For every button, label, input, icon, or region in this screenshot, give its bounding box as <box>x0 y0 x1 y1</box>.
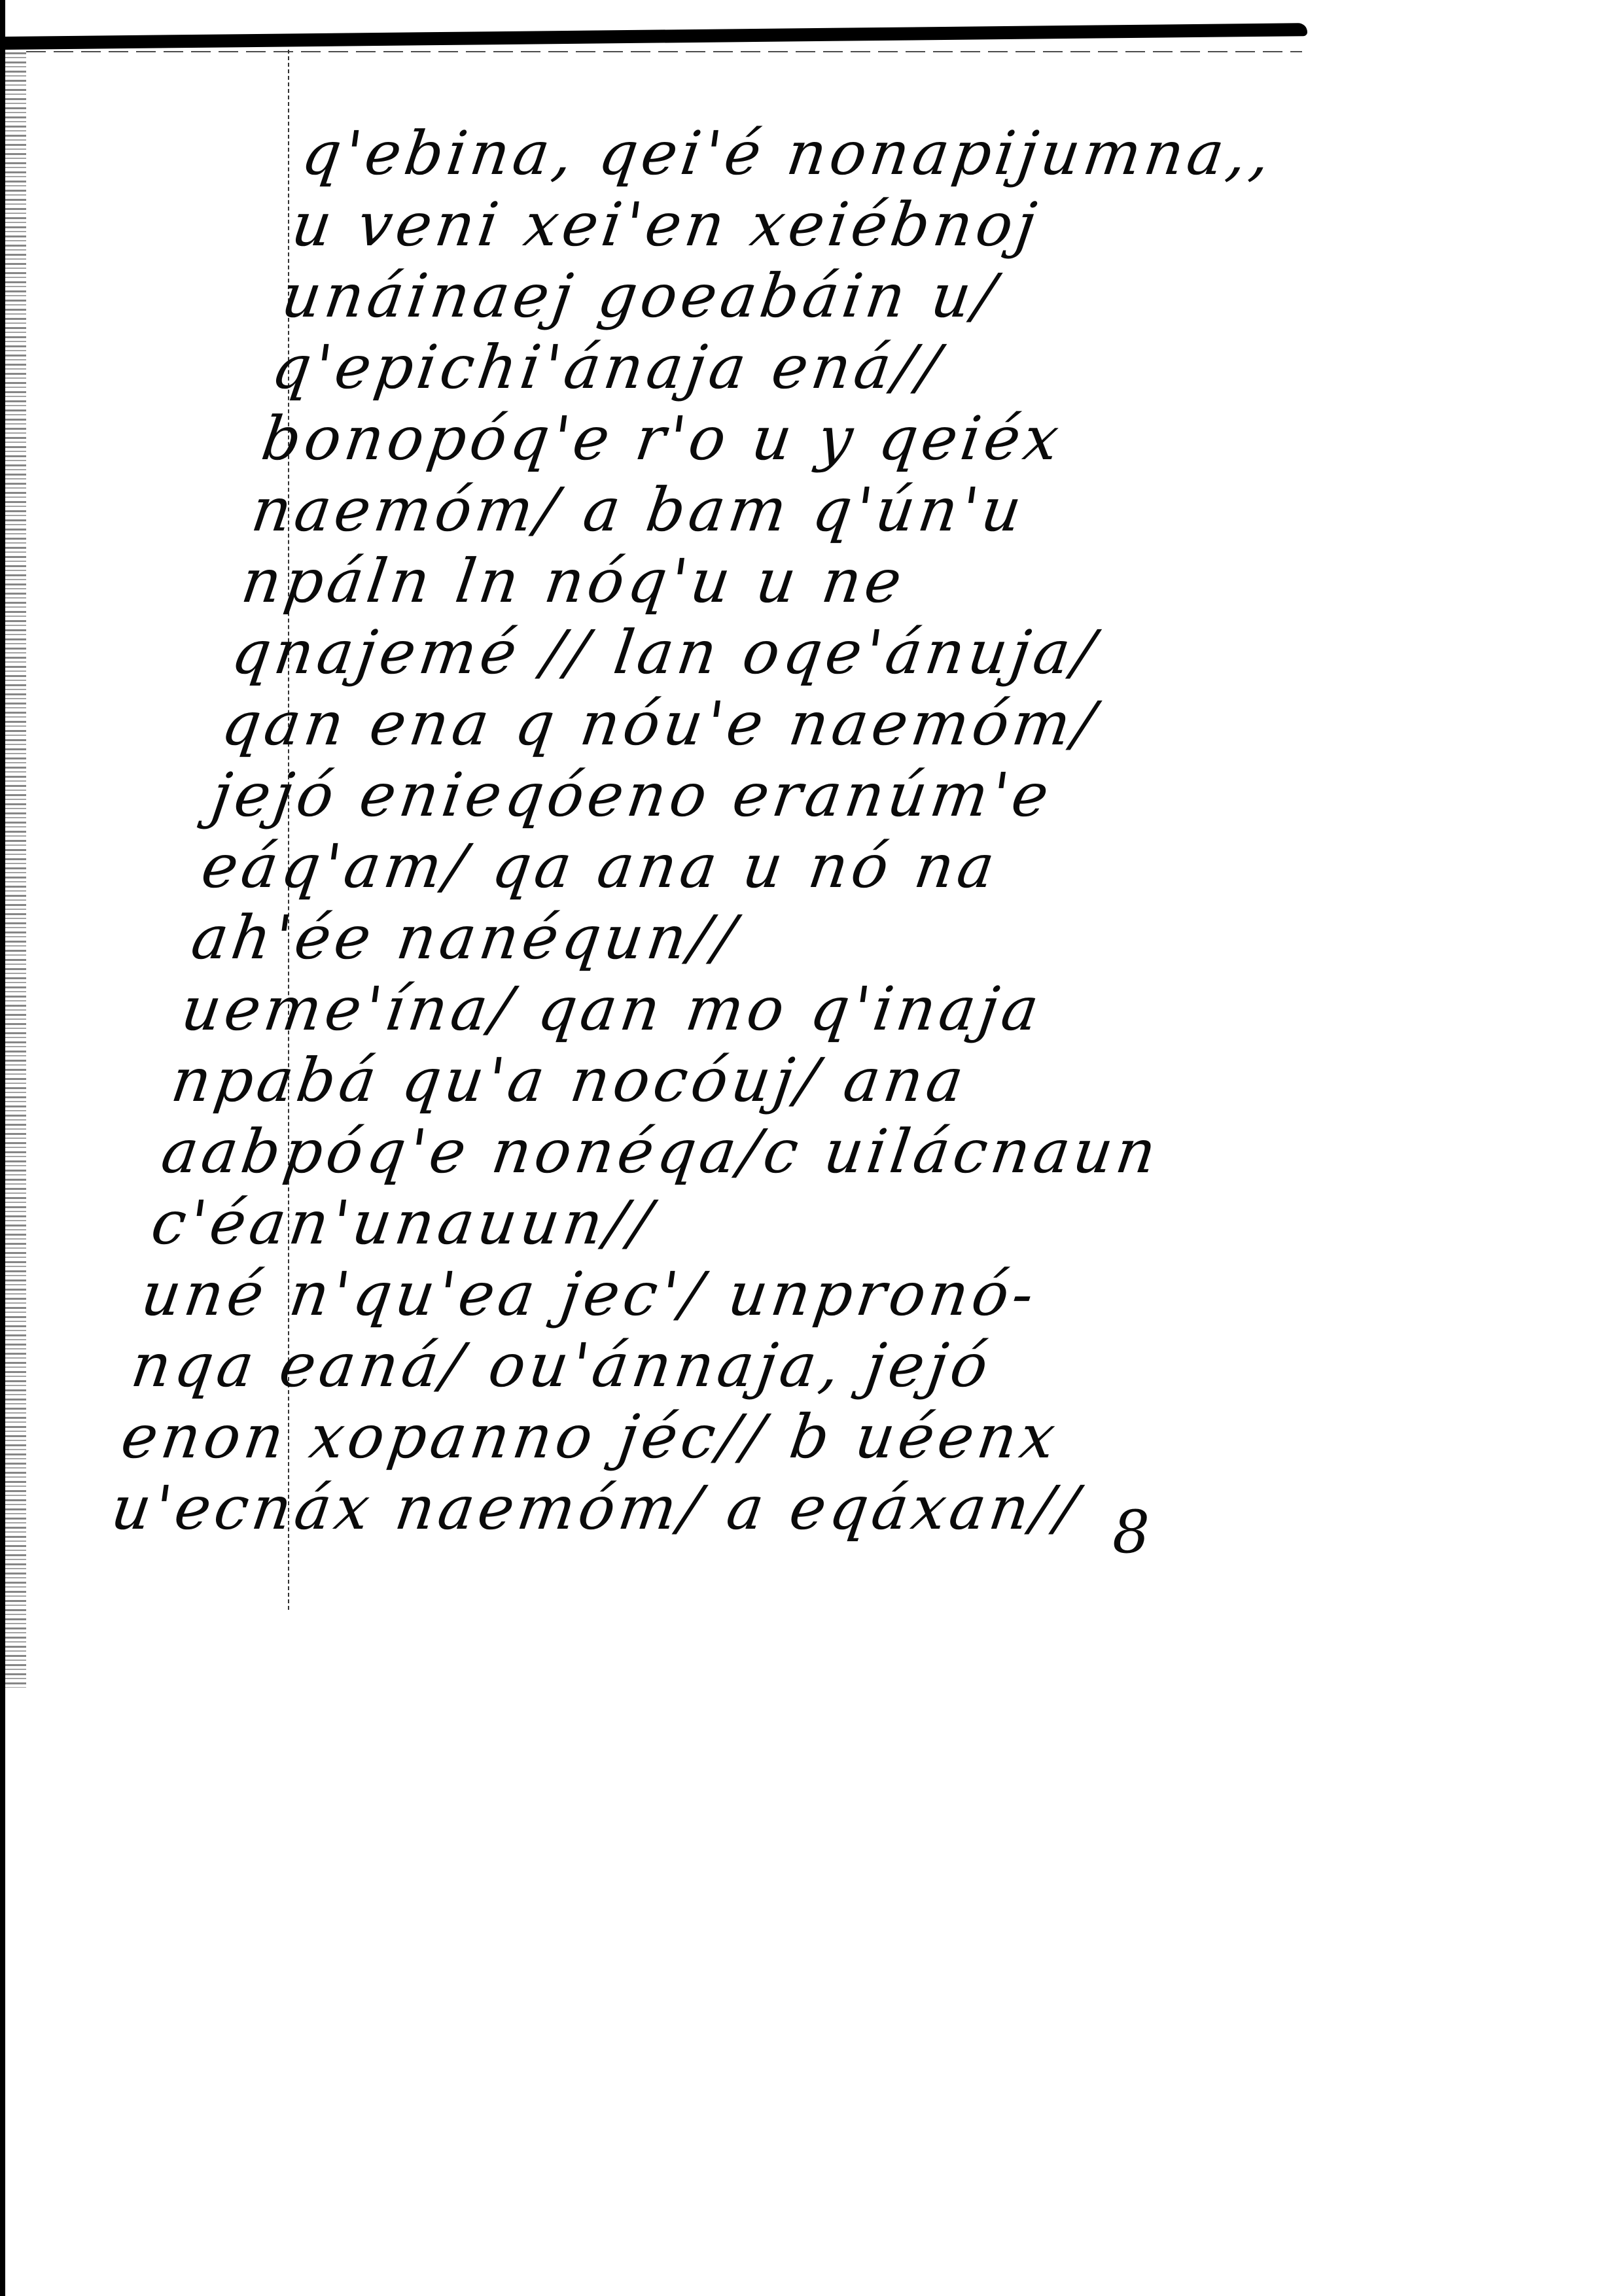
handwritten-text-block: q'ebina, qei'é nonapijumna,, u veni xei'… <box>107 118 1328 1544</box>
page-top-edge-shadow <box>5 23 1307 50</box>
text-line: q'epichi'ánaja ená// <box>268 332 1298 403</box>
text-line: u'ecnáx naemóm/ a eqáxan// <box>107 1472 1138 1544</box>
text-line: q'ebina, qei'é nonapijumna,, <box>298 118 1328 189</box>
text-line: jejó enieqóeno eranúm'e <box>207 759 1238 831</box>
text-line: npáln ln nóq'u u ne <box>238 546 1268 617</box>
text-line: unáinaej goeabáin u/ <box>277 260 1308 332</box>
text-line: ueme'ína/ qan mo q'inaja <box>177 973 1208 1045</box>
text-line: eáq'am/ qa ana u nó na <box>197 831 1227 902</box>
text-line: naemóm/ a bam q'ún'u <box>247 474 1278 546</box>
text-line: bonopóq'e r'o u y qeiéx <box>257 403 1288 474</box>
text-line: aabpóq'e nonéqa/c uilácnaun <box>157 1116 1188 1187</box>
text-line: c'éan'unauun// <box>147 1187 1178 1259</box>
text-line: qan ena q nóu'e naemóm/ <box>217 688 1248 759</box>
page-top-rule <box>26 51 1302 52</box>
text-line: nqa eaná/ ou'ánnaja, jejó <box>127 1330 1157 1401</box>
text-line: npabá qu'a nocóuj/ ana <box>168 1045 1198 1116</box>
scan-shadow-left-edge <box>0 0 5 2296</box>
page-number: 8 <box>1112 1498 1150 1567</box>
text-line: u veni xei'en xeiébnoj <box>287 189 1318 260</box>
text-line: ah'ée nanéqun// <box>187 902 1218 973</box>
text-line: uné n'qu'ea jec'/ unpronó- <box>137 1259 1168 1330</box>
notebook-binding-strip <box>5 52 26 1688</box>
text-line: enon xopanno jéc// b uéenx <box>117 1401 1148 1472</box>
text-line: qnajemé // lan oqe'ánuja/ <box>227 617 1258 688</box>
